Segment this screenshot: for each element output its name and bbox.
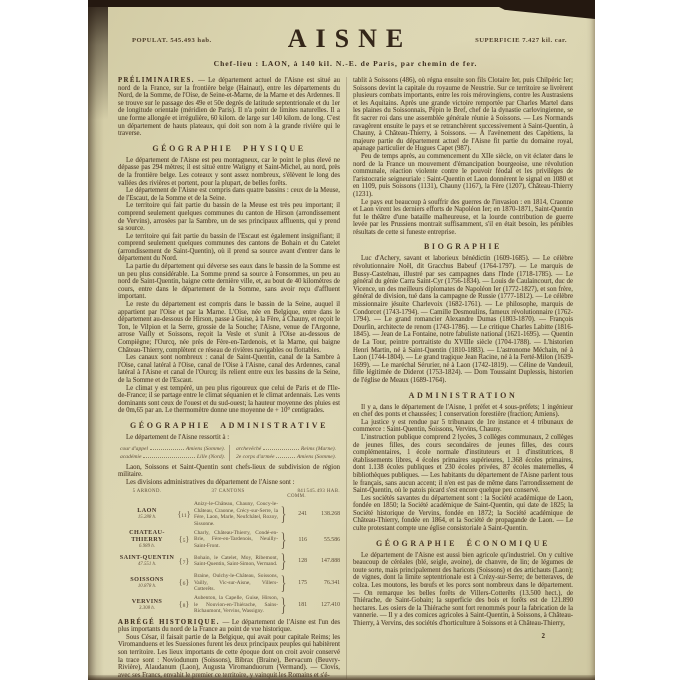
paragraph: Le territoire qui fait partie du bassin … <box>118 233 340 263</box>
paragraph: Sous César, il faisait partie de la Belg… <box>118 634 340 680</box>
paragraph: Les canaux sont nombreux : canal de Sain… <box>118 354 340 384</box>
divisions-intro: Les divisions administratives du départe… <box>118 479 340 487</box>
section-heading-geographie-economique: GÉOGRAPHIE ÉCONOMIQUE <box>353 539 573 548</box>
paragraph: La justice y est rendue par 5 tribunaux … <box>353 419 573 434</box>
brace-glyph: } <box>281 593 287 619</box>
habitants-count: 127.410 <box>307 602 340 608</box>
arrondissement-name: CHATEAU-THIERRY <box>118 530 176 544</box>
paragraph: tablit à Soissons (486), où régna ensuit… <box>353 77 573 153</box>
habitants-count: 76.341 <box>307 580 340 586</box>
habitants-count: 147.888 <box>307 558 340 564</box>
preliminaires-text: — Le département actuel de l'Aisne est s… <box>118 77 340 137</box>
arrondissement-population: 6.989 h. <box>118 544 176 549</box>
section-heading-geographie-administrative: GÉOGRAPHIE ADMINISTRATIVE <box>118 421 340 430</box>
paragraph: Le reste du département est compris dans… <box>118 301 340 354</box>
masthead: POPULAT. 545.493 hab. AISNE SUPERFICIE 7… <box>118 24 573 56</box>
ressortit-row: académieLille (Nord). <box>120 453 225 461</box>
left-column: PRÉLIMINAIRES. — Le département actuel d… <box>118 77 346 679</box>
paragraph: Le pays eut beaucoup à souffrir des guer… <box>353 199 573 237</box>
paragraph: Le département de l'Aisne est peu montag… <box>118 157 340 187</box>
cantons-list: Braine, Oulchy-le-Château, Soissons, Vai… <box>192 573 280 592</box>
cantons-list: Bohain, le Catelet, Moy, Ribemont, Saint… <box>192 555 280 568</box>
page-content: POPULAT. 545.493 hab. AISNE SUPERFICIE 7… <box>88 0 595 680</box>
brace-glyph: } <box>281 502 287 528</box>
arrondissements-table: 5 ARROND. 37 CANTONS 841 COMM. 545.493 H… <box>118 489 340 614</box>
column-header-cantons: 37 CANTONS <box>176 489 280 499</box>
paragraph: Le département de l'Aisne est compris da… <box>118 187 340 202</box>
section-heading-administration: ADMINISTRATION <box>353 391 573 400</box>
communes-count: 241 <box>287 511 307 517</box>
cantons-list: Charly, Château-Thierry, Condé-en-Brie, … <box>192 530 280 549</box>
arrondissement-population: 10.878 h. <box>118 584 176 589</box>
military-note: Laon, Soissons et Saint-Quentin sont che… <box>118 464 340 479</box>
communes-count: 181 <box>287 602 307 608</box>
column-header-arrondissements: 5 ARROND. <box>118 489 176 499</box>
communes-count: 116 <box>287 537 307 543</box>
ressortit-right: archevêchéReims (Marne). 2e corps d'armé… <box>229 445 340 461</box>
arrondissement-name: VERVINS <box>118 599 176 606</box>
brace-glyph: } <box>185 557 189 566</box>
dotted-leader <box>150 449 184 450</box>
table-row: CHATEAU-THIERRY6.989 h. {5} Charly, Chât… <box>118 530 340 549</box>
paragraph: La partie du département qui déverse ses… <box>118 263 340 301</box>
paragraph: Le territoire qui fait partie du bassin … <box>118 202 340 232</box>
habitants-count: 55.586 <box>307 537 340 543</box>
section-heading-biographie: BIOGRAPHIE <box>353 242 573 251</box>
brace-glyph: } <box>185 578 189 587</box>
page-number: 2 <box>353 632 573 640</box>
arrondissement-name: SOISSONS <box>118 577 176 584</box>
superficie-stat: SUPERFICIE 7.427 kil. car. <box>475 37 567 44</box>
section-heading-geographie-physique: GÉOGRAPHIE PHYSIQUE <box>118 144 340 153</box>
table-row: SAINT-QUENTIN47.551 h. {7} Bohain, le Ca… <box>118 552 340 570</box>
chef-lieu-line: Chef-lieu : LAON, à 140 kil. N.-E. de Pa… <box>118 59 573 68</box>
preliminaires-paragraph: PRÉLIMINAIRES. — Le département actuel d… <box>118 77 340 138</box>
arrondissement-name: LAON <box>118 508 176 515</box>
preliminaires-runin-heading: PRÉLIMINAIRES. <box>118 77 195 84</box>
brace-glyph: } <box>187 510 191 519</box>
ressortit-intro: Le département de l'Aisne ressortit à : <box>118 434 340 442</box>
ressortit-table: cour d'appelAmiens (Somme). académieLill… <box>118 445 340 461</box>
cantons-list: Aubenton, la Capelle, Guise, Hirson, le … <box>192 595 280 614</box>
scanned-page: POPULAT. 545.493 hab. AISNE SUPERFICIE 7… <box>88 0 595 680</box>
table-row: VERVINS3.308 h. {8} Aubenton, la Capelle… <box>118 595 340 614</box>
paragraph: Les sociétés savantes du département son… <box>353 495 573 533</box>
population-stat: POPULAT. 545.493 hab. <box>132 37 212 44</box>
brace-glyph: } <box>185 535 189 544</box>
paragraph: L'instruction publique comprend 2 lycées… <box>353 434 573 495</box>
biographie-paragraph: Luc d'Achery, savant et laborieux bénédi… <box>353 255 573 384</box>
ressortit-row: 2e corps d'arméeAmiens (Somme). <box>236 453 336 461</box>
ressortit-row: cour d'appelAmiens (Somme). <box>120 445 225 453</box>
cantons-list: Anizy-le-Château, Chauny, Coucy-le-Châte… <box>192 501 280 527</box>
right-column: tablit à Soissons (486), où régna ensuit… <box>346 77 573 679</box>
paragraph: Peu de temps après, au commencement du X… <box>353 153 573 199</box>
table-row: SOISSONS10.878 h. {6} Braine, Oulchy-le-… <box>118 573 340 592</box>
dotted-leader <box>263 449 299 450</box>
paragraph: Le département de l'Aisne est aussi bien… <box>353 552 573 628</box>
screenshot-canvas: POPULAT. 545.493 hab. AISNE SUPERFICIE 7… <box>0 0 680 680</box>
abrege-historique-runin-heading: ABRÉGÉ HISTORIQUE. <box>118 619 220 626</box>
arrondissement-population: 3.308 h. <box>118 606 176 611</box>
habitants-count: 138.268 <box>307 511 340 517</box>
ressortit-left: cour d'appelAmiens (Somme). académieLill… <box>118 445 229 461</box>
column-header-habitants: 545.493 HAB. <box>306 489 340 499</box>
arrondissement-name: SAINT-QUENTIN <box>118 555 176 562</box>
communes-count: 128 <box>287 558 307 564</box>
brace-glyph: } <box>185 600 189 609</box>
table-row: LAON15.288 h. {11} Anizy-le-Château, Cha… <box>118 501 340 527</box>
abrege-historique-paragraph: ABRÉGÉ HISTORIQUE. — Le département de l… <box>118 619 340 634</box>
arrondissement-population: 47.551 h. <box>118 562 176 567</box>
table-header-row: 5 ARROND. 37 CANTONS 841 COMM. 545.493 H… <box>118 489 340 499</box>
dotted-leader <box>143 457 194 458</box>
dotted-leader <box>276 457 294 458</box>
ressortit-row: archevêchéReims (Marne). <box>236 445 336 453</box>
two-column-text: PRÉLIMINAIRES. — Le département actuel d… <box>118 77 573 679</box>
paragraph: Le climat y est tempéré, un peu plus rig… <box>118 385 340 415</box>
paragraph: Il y a, dans le département de l'Aisne, … <box>353 404 573 419</box>
arrondissement-population: 15.288 h. <box>118 515 176 520</box>
communes-count: 175 <box>287 580 307 586</box>
column-header-communes: 841 COMM. <box>280 489 306 499</box>
